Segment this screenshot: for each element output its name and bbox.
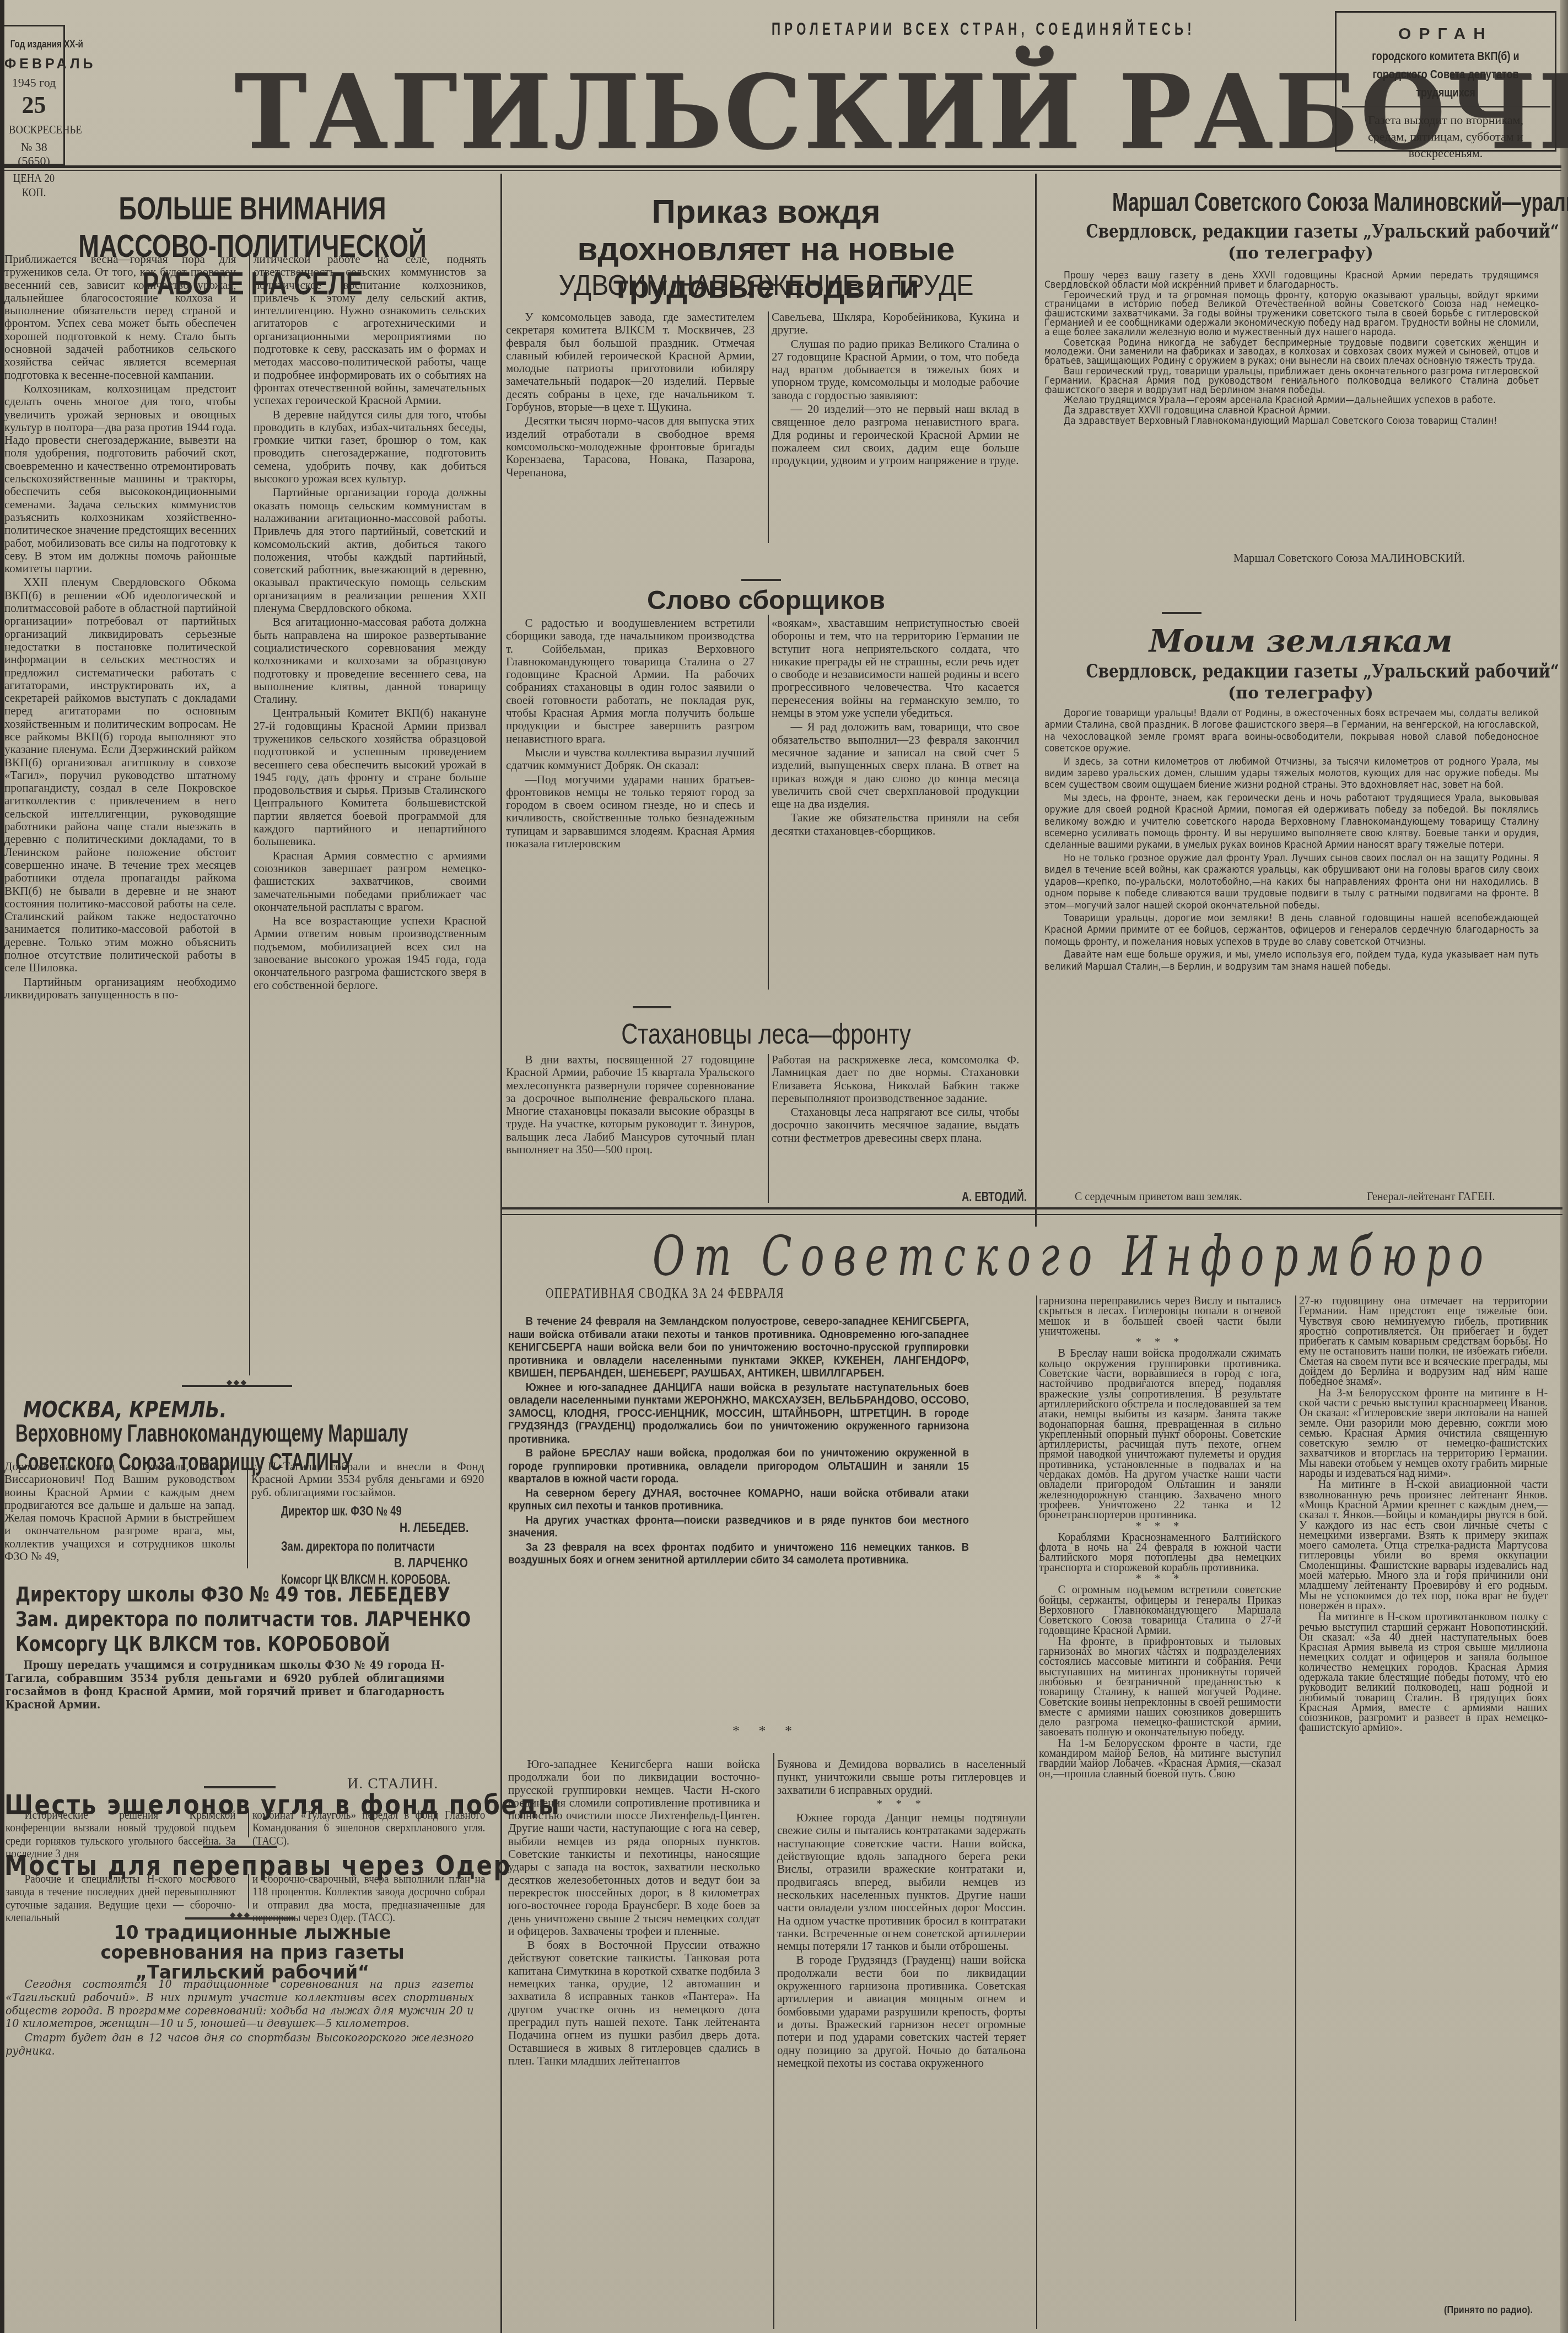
signature-name: Н. ЛЕБЕДЕВ.: [400, 1520, 468, 1535]
paragraph: В деревне найдутся силы для того, чтобы …: [254, 408, 486, 485]
paragraph: Старт будет дан в 12 часов дня со спортб…: [6, 2031, 474, 2058]
separator: * * *: [1039, 1337, 1281, 1347]
paragraph: литической работе на селе, поднять ответ…: [254, 252, 486, 407]
paragraph: И здесь, за сотни километров от любимой …: [1044, 756, 1539, 791]
paragraph: В районе БРЕСЛАУ наши войска, продолжая …: [508, 1447, 969, 1486]
paragraph: На митинге в Н-ской авиационной части вз…: [1299, 1479, 1548, 1610]
moim-closing: С сердечным приветом ваш земляк.: [1075, 1191, 1242, 1203]
paragraph: Героический труд и та огромная помощь фр…: [1044, 291, 1539, 337]
column-rule: [500, 174, 502, 2333]
paragraph: Центральный Комитет ВКП(б) накануне 27-й…: [254, 706, 486, 847]
paragraph: Работая на раскряжевке леса, комсомолка …: [772, 1053, 1019, 1104]
telegram-column-2: г. Н.-Тагила, собрали и внесли в Фонд Кр…: [251, 1460, 484, 1499]
paragraph: Стахановцы леса напрягают все силы, чтоб…: [772, 1105, 1019, 1144]
paragraph: В дни вахты, посвященной 27 годовщине Кр…: [506, 1053, 755, 1155]
paragraph: С радостью и воодушевлением встретили сб…: [506, 616, 755, 745]
reply-headline-line: Комсоргу ЦК ВЛКСМ тов. КОРОБОВОЙ: [15, 1632, 412, 1657]
ear-divider: [1342, 106, 1550, 107]
paragraph: Буянова и Демидова ворвались в населенны…: [777, 1757, 1026, 1796]
divider: [204, 1786, 276, 1788]
ski-body: Сегодня состоятся 10 традиционные соревн…: [6, 1978, 474, 2059]
column-rule: [247, 1461, 248, 1568]
paragraph: 27-ю годовщину она отмечает на территори…: [1299, 1295, 1548, 1386]
paragraph: Слушая по радио приказ Великого Сталина …: [772, 337, 1019, 401]
paragraph: Красная Армия совместно с армиями союзни…: [254, 849, 486, 913]
column-rule: [768, 1054, 769, 1203]
paragraph: Партийные организации города должны оказ…: [254, 486, 486, 614]
editorial-column-1: Приближается весна—горячая пора для труж…: [4, 252, 236, 1002]
paragraph: Прошу через вашу газету в день XXVII год…: [1044, 271, 1539, 290]
moim-headline: Моим землякам: [1039, 623, 1562, 659]
paragraph: Ваш героический труд, товарищи уральцы, …: [1044, 367, 1539, 395]
paragraph: Савельева, Шкляра, Коробейникова, Кукина…: [772, 310, 1019, 336]
paragraph: На фронте, в прифронтовых и тыловых гарн…: [1039, 1636, 1281, 1737]
malinovsky-headline: Маршал Советского Союза Малиновский—урал…: [1112, 187, 1489, 218]
malinovsky-body: Прошу через вашу газету в день XXVII год…: [1044, 271, 1539, 427]
paragraph: XXII пленум Свердловского Обкома ВКП(б) …: [4, 576, 236, 974]
sovinformburo-column-2: Буянова и Демидова ворвались в населенны…: [777, 1757, 1026, 2070]
column-rule: [249, 251, 250, 1375]
reply-headline-line: Директору школы ФЗО № 49 тов. ЛЕБЕДЕВУ: [15, 1582, 412, 1607]
ornament-divider: [182, 1385, 292, 1387]
year-of-issue: Год издания XX-й: [10, 39, 58, 51]
telegram-column-1: Дорогой наш отец и учитель, Иосиф Виссар…: [4, 1460, 235, 1563]
issue-day: 25: [4, 92, 63, 120]
paragraph: Вся агитационно-массовая работа должна б…: [254, 615, 486, 705]
paragraph: На все возрастающие успехи Красной Армии…: [254, 914, 486, 991]
organ-label: ОРГАН: [1337, 25, 1555, 44]
masthead-slogan: ПРОЛЕТАРИИ ВСЕХ СТРАН, СОЕДИНЯЙТЕСЬ!: [772, 19, 1136, 39]
masthead-ear-left: Год издания XX-й ФЕВРАЛЬ 1945 год 25 ВОС…: [4, 25, 65, 165]
stakhanovtsy-column-1: В дни вахты, посвященной 27 годовщине Кр…: [506, 1053, 755, 1157]
column-rule: [248, 1874, 249, 1909]
column-rule: [768, 615, 769, 990]
divider: [203, 1846, 277, 1848]
issue-year: 1945 год: [4, 76, 63, 89]
paragraph: Колхозникам, колхозницам предстоит сдела…: [4, 382, 236, 574]
paragraph: Мысли и чувства коллектива выразил лучши…: [506, 746, 755, 772]
moim-body: Дорогие товарищи уральцы! Вдали от Родин…: [1044, 707, 1539, 974]
masthead-ear-right: ОРГАН городского комитета ВКП(б) и город…: [1335, 11, 1556, 152]
column-rule: [1036, 1295, 1037, 2329]
moim-address: Свердловск, редакции газеты „Уральский р…: [1086, 660, 1516, 682]
paragraph: Дорогие товарищи уральцы! Вдали от Родин…: [1044, 707, 1539, 755]
paragraph: Десятки тысяч нормо-часов для выпуска эт…: [506, 414, 755, 478]
moim-signature: Генерал-лейтенант ГАГЕН.: [1367, 1191, 1495, 1203]
paragraph: В городе Грудзяндз (Грауденц) наши войск…: [777, 1953, 1026, 2069]
paragraph: —Под могучими ударами наших братьев-фрон…: [506, 773, 755, 850]
paragraph: Товарищи уральцы, дорогие мои земляки! В…: [1044, 912, 1539, 948]
paragraph: г. Н.-Тагила, собрали и внесли в Фонд Кр…: [251, 1460, 484, 1498]
separator: * * *: [1039, 1573, 1281, 1583]
sovinformburo-column-3: гарнизона переправились через Вислу и пы…: [1039, 1295, 1281, 1780]
divider: [750, 243, 784, 245]
paragraph: С огромным подъемом встретили советские …: [1039, 1584, 1281, 1635]
page-edge-right: [1560, 0, 1568, 2333]
sovinformburo-headline: От Советского Информбюро: [653, 1224, 1414, 1288]
sovinformburo-column-4: 27-ю годовщину она отмечает на территори…: [1299, 1295, 1548, 1734]
paragraph: Давайте нам еще больше оружия, и мы, уме…: [1044, 949, 1539, 972]
paragraph: Но не только грозное оружие дал фронту У…: [1044, 852, 1539, 911]
paragraph: Сегодня состоятся 10 традиционные соревн…: [6, 1978, 474, 2030]
slovo-headline: Слово сборщиков: [502, 585, 1031, 616]
malinovsky-address: Свердловск, редакции газеты „Уральский р…: [1086, 221, 1516, 243]
paragraph: Да здравствует Верховный Главнокомандующ…: [1044, 417, 1539, 426]
publisher-text: городского комитета ВКП(б) и городского …: [1356, 47, 1535, 101]
reply-headline: Директору школы ФЗО № 49 тов. ЛЕБЕДЕВУ З…: [15, 1582, 412, 1657]
paragraph: В течение 24 февраля на Земландском полу…: [508, 1315, 969, 1380]
reply-headline-line: Зам. директора по политчасти тов. ЛАРЧЕН…: [15, 1607, 412, 1632]
sovinformburo-summary: В течение 24 февраля на Земландском полу…: [508, 1315, 969, 1568]
divider: [1162, 612, 1201, 614]
column-rule: [773, 1753, 774, 2329]
paragraph: — Я рад доложить вам, товарищи, что свое…: [772, 720, 1019, 810]
paragraph: гарнизона переправились через Вислу и пы…: [1039, 1295, 1281, 1336]
issue-number: № 38 (5650): [4, 140, 63, 168]
column-rule: [768, 311, 769, 543]
paragraph: — 20 изделий—это не первый наш вклад в с…: [772, 402, 1019, 466]
divider: [741, 579, 781, 581]
sovinformburo-subhead: ОПЕРАТИВНАЯ СВОДКА ЗА 24 ФЕВРАЛЯ: [546, 1286, 810, 1302]
malinovsky-via: (по телеграфу): [1039, 244, 1562, 263]
paragraph: У комсомольцев завода, где заместителем …: [506, 310, 755, 413]
paragraph: Приближается весна—горячая пора для труж…: [4, 252, 236, 381]
udvoim-headline: УДВОИМ НАПРЯЖЕНИЕ В ТРУДЕ: [528, 269, 1004, 302]
paragraph: Мы здесь, на фронте, знаем, как героичес…: [1044, 792, 1539, 851]
paragraph: Южнее и юго-западнее ДАНЦИГА наши войска…: [508, 1381, 969, 1446]
section-rule: [502, 1214, 1562, 1215]
malinovsky-signature: Маршал Советского Союза МАЛИНОВСКИЙ.: [1233, 551, 1465, 565]
masthead-rule: [4, 165, 1561, 171]
divider: [633, 1006, 671, 1008]
column-rule: [1295, 1295, 1296, 2321]
paragraph: Желаю трудящимся Урала—героям арсенала К…: [1044, 396, 1539, 405]
paragraph: За 23 февраля на всех фронтах подбито и …: [508, 1541, 969, 1567]
column-rule: [1035, 174, 1037, 1227]
reply-body: Прошу передать учащимся и сотрудникам шк…: [6, 1658, 445, 1712]
source-note: (Принято по радио).: [1444, 2304, 1533, 2316]
paragraph: комбинат «Тулауголь» передал в фонд Глав…: [252, 1809, 485, 1848]
sovinformburo-column-1: Юго-западнее Кенигсберга наши войска про…: [508, 1757, 760, 2068]
editorial-column-2: литической работе на селе, поднять ответ…: [254, 252, 486, 992]
slovo-column-1: С радостью и воодушевлением встретили сб…: [506, 616, 755, 851]
separator: * * *: [1039, 1521, 1281, 1531]
udvoim-column-2: Савельева, Шкляра, Коробейникова, Кукина…: [772, 310, 1019, 468]
signature-title: Директор шк. ФЗО № 49: [281, 1504, 402, 1519]
newspaper-page: Год издания XX-й ФЕВРАЛЬ 1945 год 25 ВОС…: [0, 0, 1568, 2333]
paragraph: Советская Родина никогда не забудет бесп…: [1044, 338, 1539, 366]
page-edge-left: [0, 0, 4, 2333]
stakhanovtsy-column-2: Работая на раскряжевке леса, комсомолка …: [772, 1053, 1019, 1145]
slovo-column-2: «воякам», хваставшим неприступностью сво…: [772, 616, 1019, 838]
paragraph: Да здравствует XXVII годовщина славной К…: [1044, 406, 1539, 416]
paragraph: Партийным организациям необходимо ликвид…: [4, 975, 236, 1001]
ski-headline: 10 традиционные лыжные соревнования на п…: [17, 1923, 488, 1982]
paragraph: Такие же обязательства приняли на себя д…: [772, 811, 1019, 837]
paragraph: Кораблями Краснознаменного Балтийского ф…: [1039, 1532, 1281, 1572]
paragraph: На митинге в Н-ском противотанковом полк…: [1299, 1611, 1548, 1733]
paragraph: Юго-западнее Кенигсберга наши войска про…: [508, 1757, 760, 1937]
ornament-divider: [185, 1917, 295, 1920]
separator: * * *: [777, 1797, 1026, 1810]
paragraph: Прошу передать учащимся и сотрудникам шк…: [6, 1658, 445, 1711]
section-separator: * * *: [683, 1723, 849, 1739]
signature-name: В. ЛАРЧЕНКО: [394, 1556, 468, 1571]
signature-title: Зам. директора по политчасти: [281, 1539, 435, 1554]
paragraph: На 3-м Белорусском фронте на митинге в Н…: [1299, 1388, 1548, 1479]
coal-column-2: комбинат «Тулауголь» передал в фонд Глав…: [252, 1809, 485, 1849]
issue-price: ЦЕНА 20 КОП.: [9, 171, 59, 199]
moim-via: (по телеграфу): [1039, 684, 1562, 703]
stakhanovtsy-signature: А. ЕВТОДИЙ.: [962, 1190, 1027, 1205]
issue-month: ФЕВРАЛЬ: [4, 56, 63, 72]
paragraph: На других участках фронта—поиски разведч…: [508, 1514, 969, 1540]
udvoim-column-1: У комсомольцев завода, где заместителем …: [506, 310, 755, 480]
paragraph: «воякам», хваставшим неприступностью сво…: [772, 616, 1019, 719]
section-rule: [502, 1207, 1562, 1209]
newspaper-title: ТАГИЛЬСКИЙ РАБОЧИЙ: [234, 66, 1208, 158]
publication-schedule: Газета выходит по вторникам, средам, пят…: [1337, 112, 1555, 162]
paragraph: На 1-м Белорусском фронте в части, где к…: [1039, 1738, 1281, 1778]
paragraph: В Бреслау наши войска продолжали сжимать…: [1039, 1348, 1281, 1519]
column-rule: [248, 1810, 249, 1837]
paragraph: Южнее города Данциг немцы подтянули свеж…: [777, 1811, 1026, 1952]
paragraph: Дорогой наш отец и учитель, Иосиф Виссар…: [4, 1460, 235, 1562]
issue-weekday: ВОСКРЕСЕНЬЕ: [9, 122, 59, 136]
paragraph: На северном берегу ДУНАЯ, восточнее КОМА…: [508, 1487, 969, 1513]
stakhanovtsy-headline: Стахановцы леса—фронту: [554, 1018, 978, 1051]
paragraph: В боях в Восточной Пруссии отважно дейст…: [508, 1938, 760, 2067]
